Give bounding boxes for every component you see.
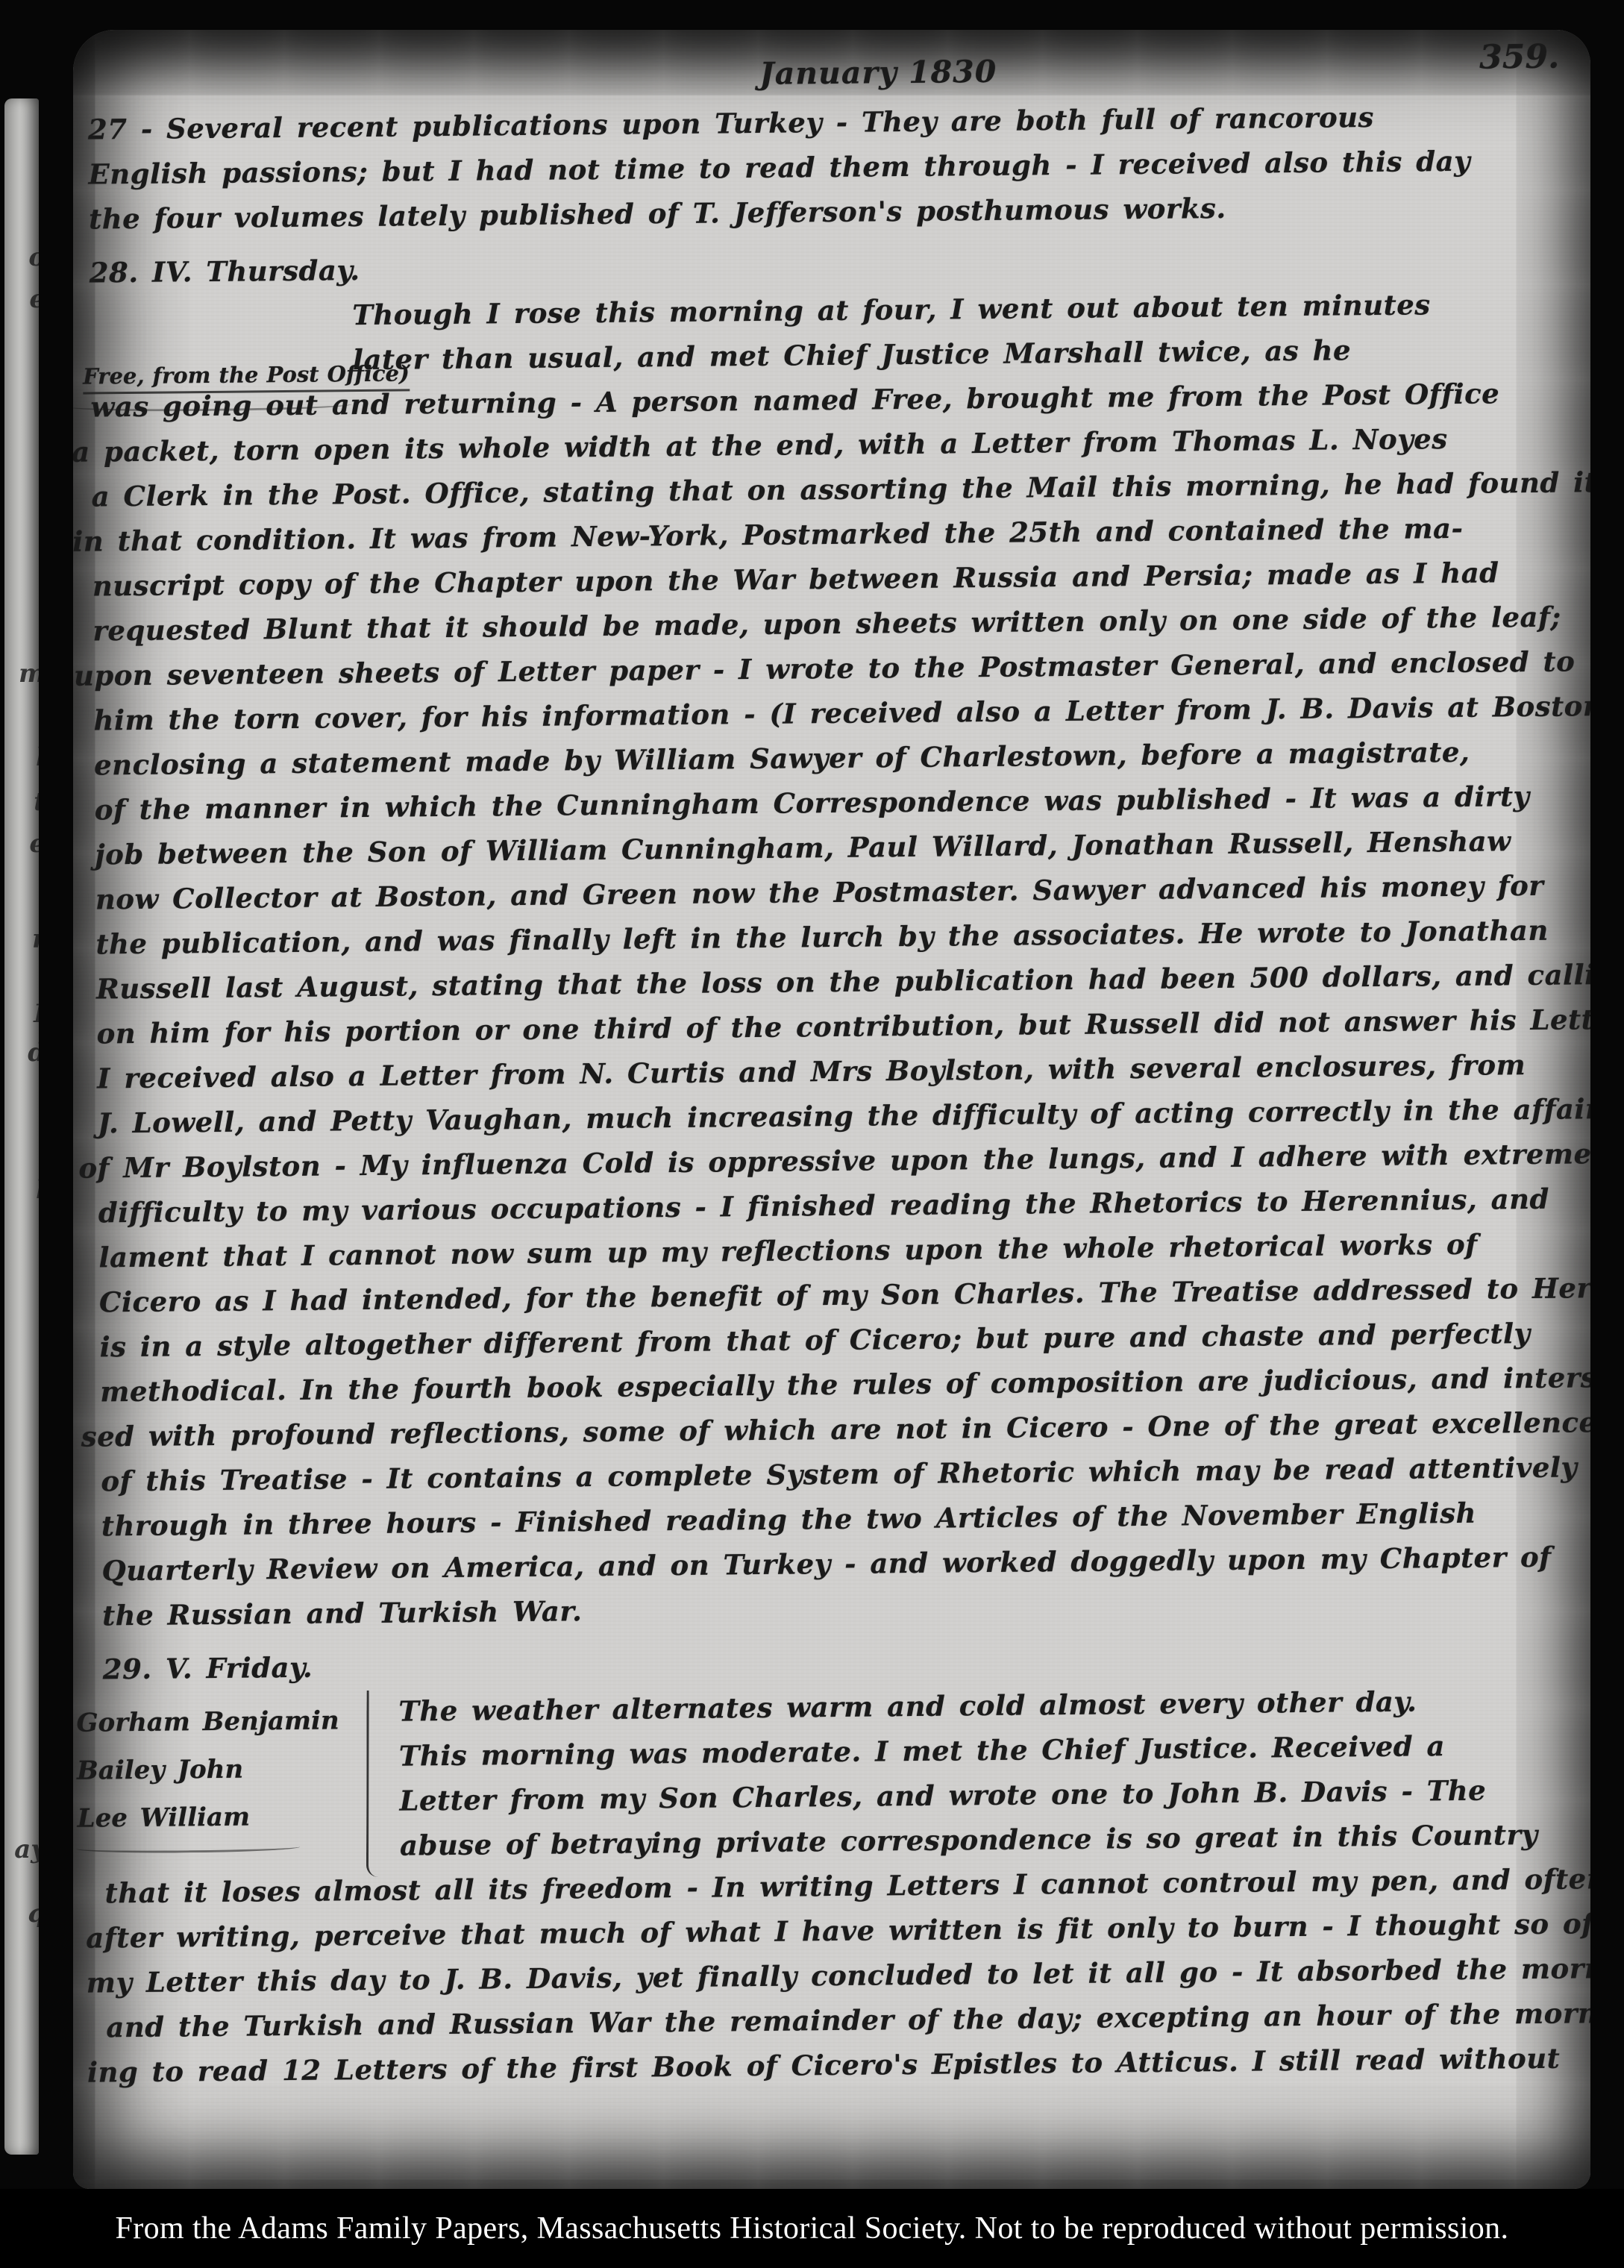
handwritten-content: January 1830 359. 27 - Several recent pu… xyxy=(73,30,1590,2189)
facing-page-text-fragment: q xyxy=(28,1901,39,1926)
header-date: January 1830 xyxy=(759,57,997,90)
margin-brace xyxy=(366,1691,381,1877)
credit-bar: From the Adams Family Papers, Massachuse… xyxy=(0,2189,1624,2268)
facing-page-text-fragment: t xyxy=(34,789,39,815)
manuscript-page: January 1830 359. 27 - Several recent pu… xyxy=(73,30,1590,2189)
facing-page-edge: o e m l t e r I d l ay q xyxy=(4,98,39,2155)
margin-note-text: Free, from the Post Office) xyxy=(83,360,410,394)
facing-page-text-fragment: r xyxy=(32,927,39,952)
facing-page-text-fragment: I xyxy=(34,1001,39,1027)
margin-names: Gorham Benjamin Bailey John Lee William xyxy=(76,1697,340,1853)
entry-jan28-body: Free, from the Post Office) Though I ros… xyxy=(90,281,1569,1638)
facing-page-text-fragment: d xyxy=(28,1040,39,1065)
facing-page-text-fragment: l xyxy=(36,1177,39,1203)
margin-name: Bailey John xyxy=(77,1744,340,1794)
diary-text: 27 - Several recent publications upon Tu… xyxy=(88,93,1573,2095)
facing-page-text-fragment: e xyxy=(29,831,39,856)
margin-note-free-post-office: Free, from the Post Office) xyxy=(83,348,410,412)
credit-text: From the Adams Family Papers, Massachuse… xyxy=(116,2213,1509,2244)
facing-page-text-fragment: o xyxy=(28,245,39,270)
facing-page-text-fragment: m xyxy=(19,661,39,686)
page-number: 359. xyxy=(1479,41,1560,75)
facing-page-text-fragment: ay xyxy=(14,1837,39,1862)
facing-page-text-fragment: e xyxy=(29,286,39,312)
entry-jan29-body: Gorham Benjamin Bailey John Lee William … xyxy=(103,1678,1573,2095)
margin-name: Gorham Benjamin xyxy=(76,1697,339,1747)
margin-name: Lee William xyxy=(77,1792,340,1842)
facing-page-text-fragment: l xyxy=(36,745,39,770)
manuscript-scan: { "colors":{ "scan-bg":"#060606", "paper… xyxy=(0,0,1624,2268)
